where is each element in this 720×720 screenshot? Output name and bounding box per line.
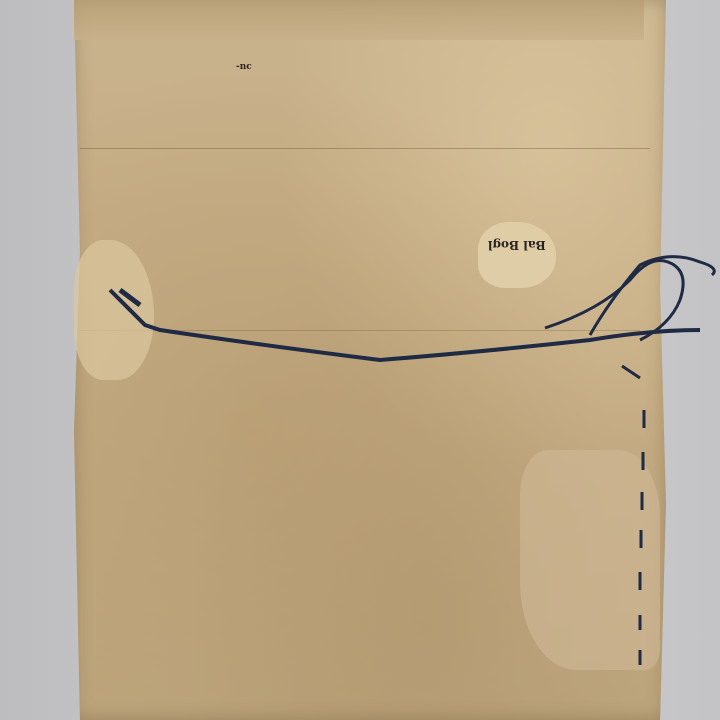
string-tie xyxy=(0,0,720,720)
